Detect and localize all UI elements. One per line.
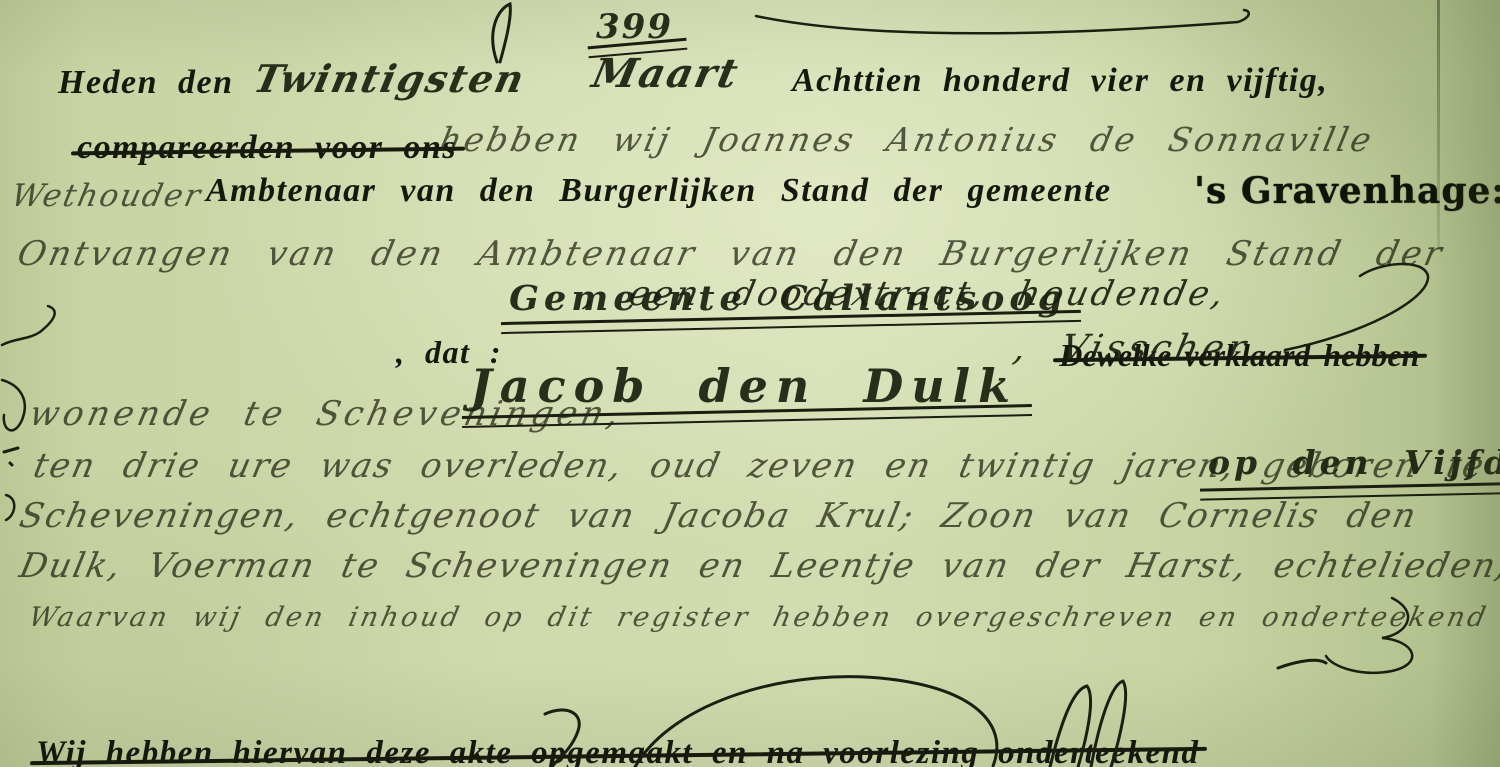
signature-flourish-bottom-loop [635,677,997,767]
margin-pen-mark-2 [2,380,25,430]
flourish-right-line5 [1285,264,1428,350]
signature-flourish-bottom-ll [1050,681,1126,767]
signature-flourish-bottom-left [545,710,579,767]
scanned-death-record: 399 Heden den Twintigsten Maart Achttien… [0,0,1500,767]
margin-pen-mark-3 [4,448,18,465]
margin-pen-mark-4 [6,495,14,520]
signature-flourish-top-right [756,10,1249,33]
flourish-right-curl [1326,598,1412,673]
margin-pen-mark-1 [2,306,55,345]
flourish-closing-dash [1278,660,1326,668]
ascender-flourish-top [493,4,511,62]
page-edge-shadow [1430,0,1500,767]
pen-flourishes [0,0,1500,767]
